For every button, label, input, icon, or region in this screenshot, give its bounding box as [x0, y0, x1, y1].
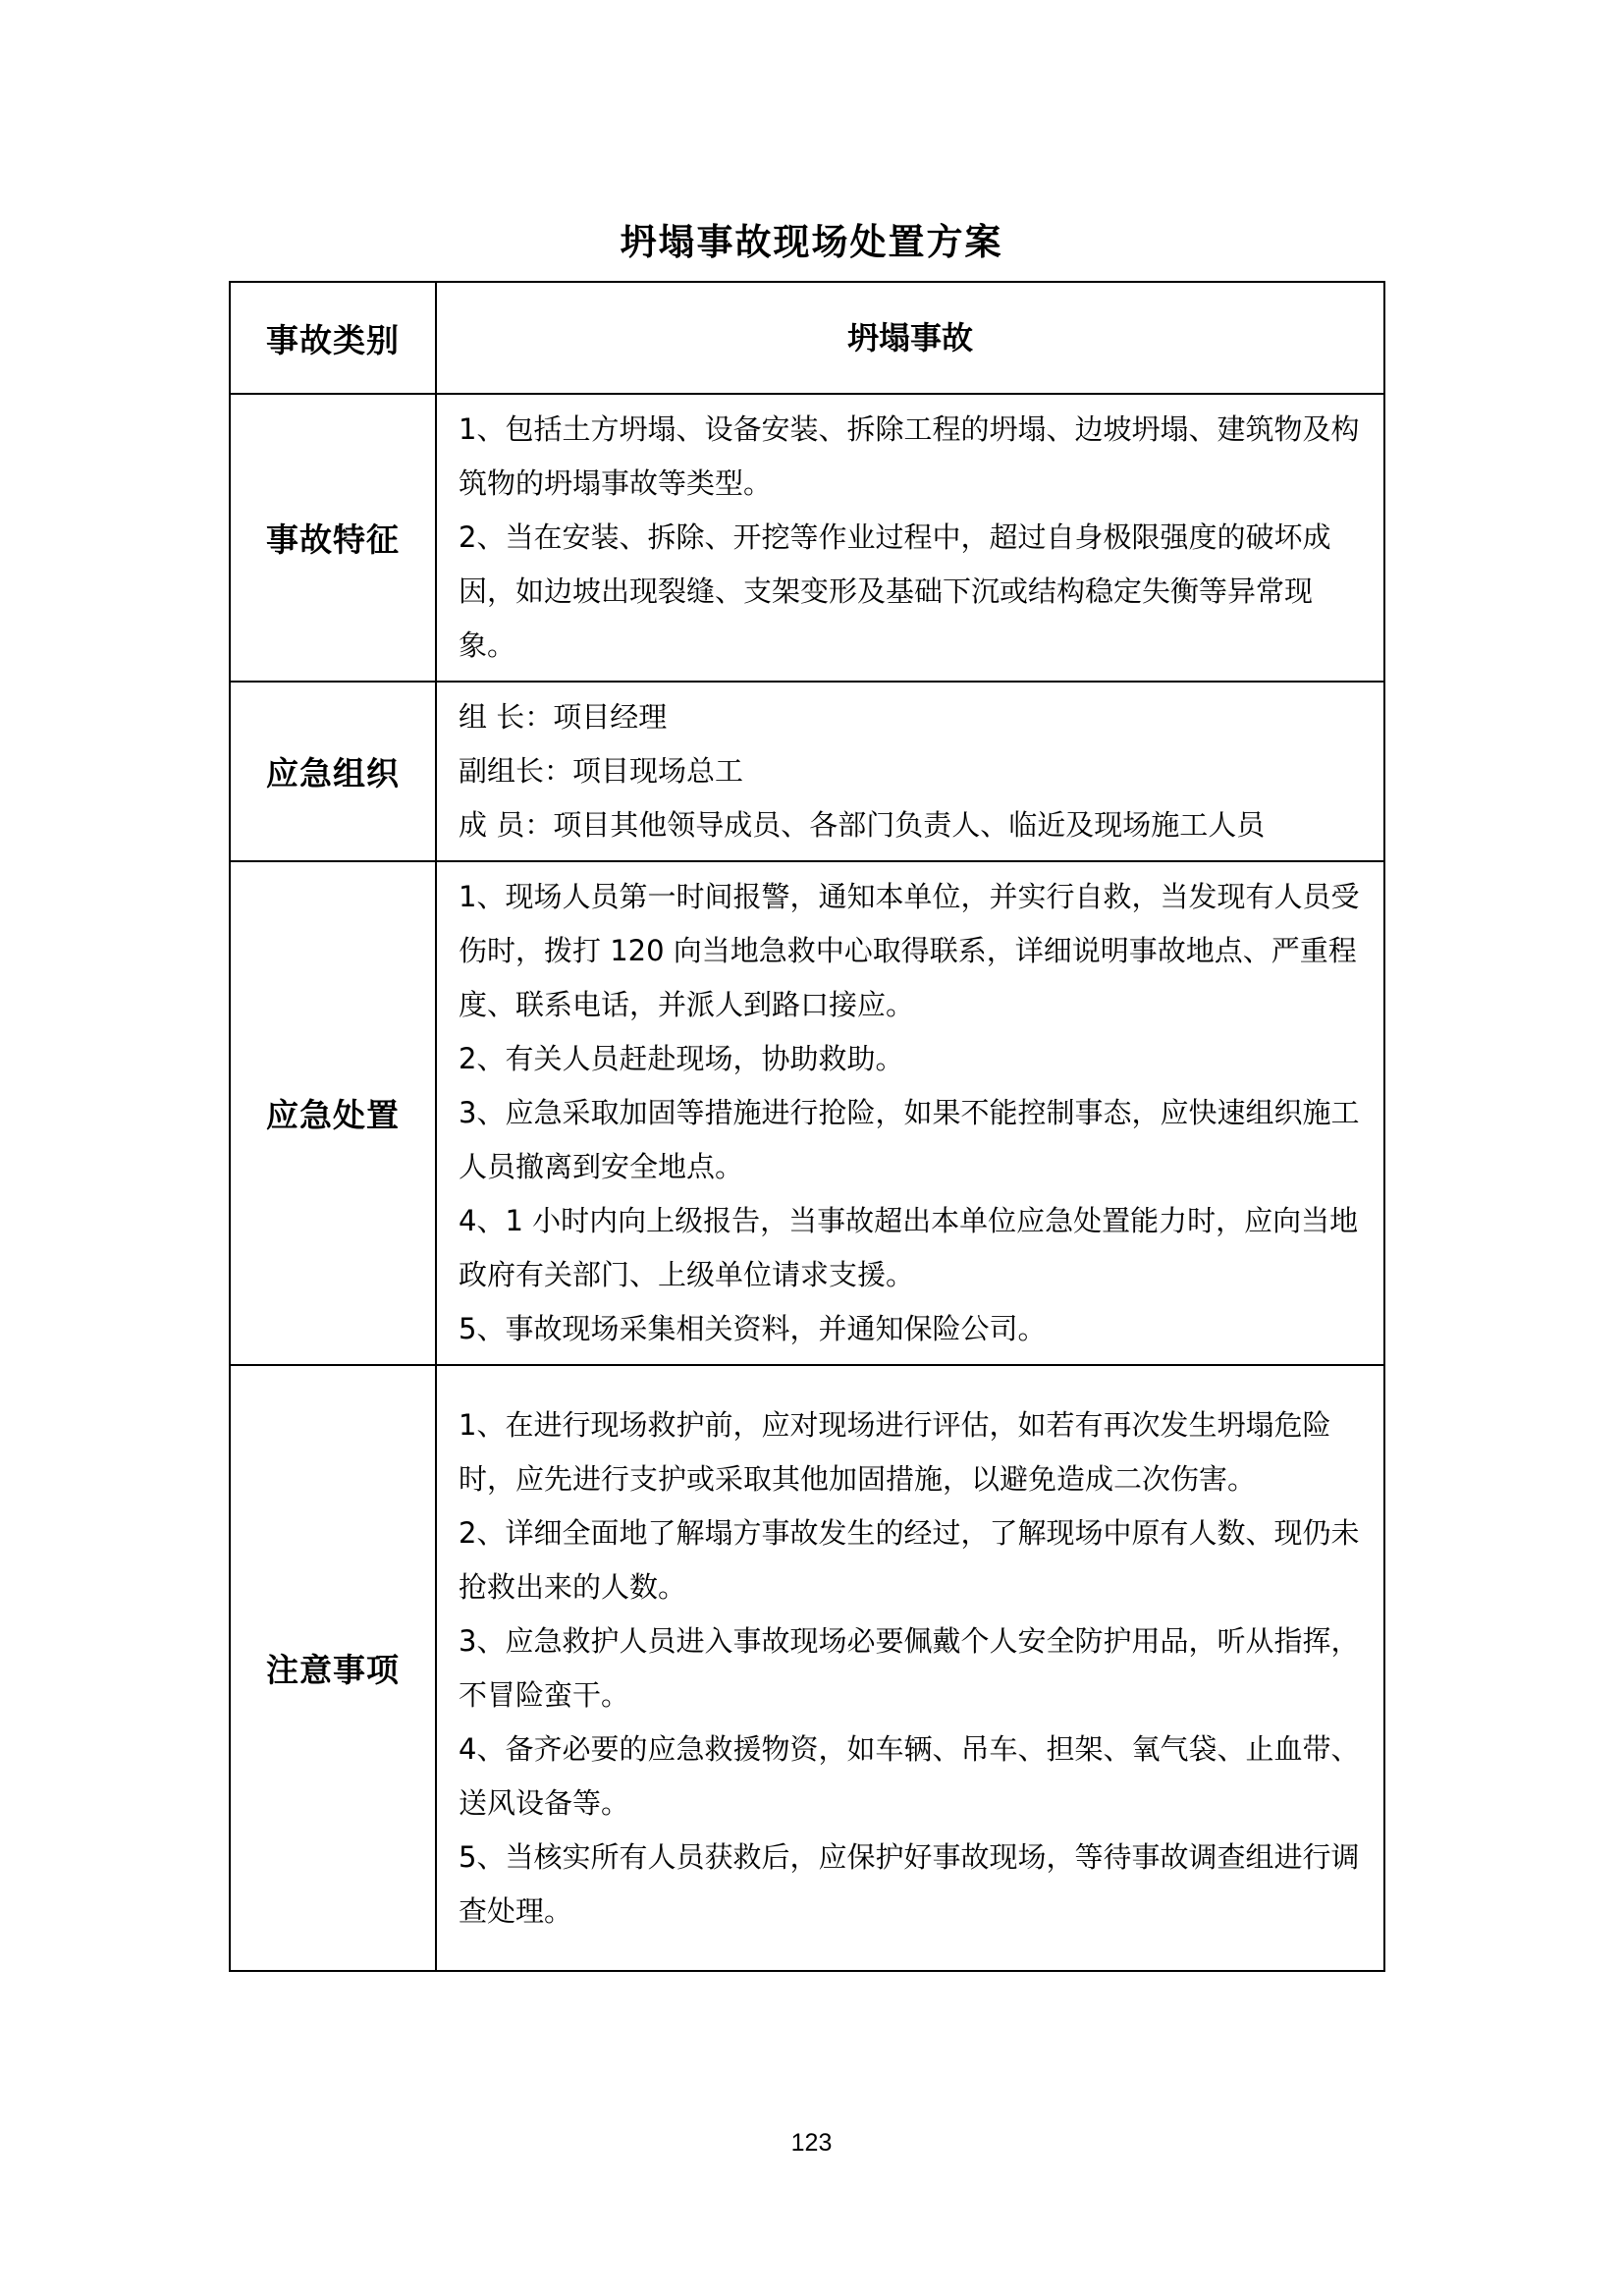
row-content: 坍塌事故: [436, 282, 1384, 394]
paragraph: 成 员：项目其他领导成员、各部门负责人、临近及现场施工人员: [459, 798, 1362, 852]
page-number: 123: [0, 2129, 1623, 2158]
paragraph: 5、当核实所有人员获救后，应保护好事故现场，等待事故调查组进行调查处理。: [459, 1831, 1362, 1939]
emergency-plan-table: 事故类别坍塌事故事故特征1、包括土方坍塌、设备安装、拆除工程的坍塌、边坡坍塌、建…: [229, 281, 1385, 1972]
paragraph: 1、在进行现场救护前，应对现场进行评估，如若有再次发生坍塌危险时，应先进行支护或…: [459, 1398, 1362, 1506]
paragraph: 2、当在安装、拆除、开挖等作业过程中，超过自身极限强度的破坏成因，如边坡出现裂缝…: [459, 511, 1362, 673]
row-content: 1、包括土方坍塌、设备安装、拆除工程的坍塌、边坡坍塌、建筑物及构筑物的坍塌事故等…: [436, 394, 1384, 682]
row-label: 注意事项: [230, 1365, 436, 1971]
paragraph: 3、应急救护人员进入事故现场必要佩戴个人安全防护用品，听从指挥，不冒险蛮干。: [459, 1614, 1362, 1722]
table-row: 应急处置1、现场人员第一时间报警，通知本单位，并实行自救，当发现有人员受伤时，拨…: [230, 861, 1384, 1365]
row-content: 1、现场人员第一时间报警，通知本单位，并实行自救，当发现有人员受伤时，拨打 12…: [436, 861, 1384, 1365]
paragraph: 1、现场人员第一时间报警，通知本单位，并实行自救，当发现有人员受伤时，拨打 12…: [459, 870, 1362, 1032]
paragraph: 2、有关人员赶赴现场，协助救助。: [459, 1032, 1362, 1086]
paragraph: 2、详细全面地了解塌方事故发生的经过，了解现场中原有人数、现仍未抢救出来的人数。: [459, 1506, 1362, 1614]
row-label: 事故类别: [230, 282, 436, 394]
table-row: 应急组织组 长：项目经理副组长：项目现场总工成 员：项目其他领导成员、各部门负责…: [230, 682, 1384, 861]
paragraph: 3、应急采取加固等措施进行抢险，如果不能控制事态，应快速组织施工人员撤离到安全地…: [459, 1086, 1362, 1194]
paragraph: 副组长：项目现场总工: [459, 744, 1362, 798]
document-title: 坍塌事故现场处置方案: [0, 212, 1623, 265]
document-page: 坍塌事故现场处置方案 事故类别坍塌事故事故特征1、包括土方坍塌、设备安装、拆除工…: [0, 0, 1623, 2296]
row-label: 应急处置: [230, 861, 436, 1365]
paragraph: 5、事故现场采集相关资料，并通知保险公司。: [459, 1302, 1362, 1356]
paragraph: 坍塌事故: [459, 311, 1362, 365]
paragraph: 1、包括土方坍塌、设备安装、拆除工程的坍塌、边坡坍塌、建筑物及构筑物的坍塌事故等…: [459, 403, 1362, 511]
row-label: 应急组织: [230, 682, 436, 861]
row-label: 事故特征: [230, 394, 436, 682]
row-content: 1、在进行现场救护前，应对现场进行评估，如若有再次发生坍塌危险时，应先进行支护或…: [436, 1365, 1384, 1971]
paragraph: 4、备齐必要的应急救援物资，如车辆、吊车、担架、氧气袋、止血带、送风设备等。: [459, 1722, 1362, 1831]
paragraph: 组 长：项目经理: [459, 690, 1362, 744]
paragraph: 4、1 小时内向上级报告，当事故超出本单位应急处置能力时，应向当地政府有关部门、…: [459, 1194, 1362, 1302]
table-row: 事故类别坍塌事故: [230, 282, 1384, 394]
row-content: 组 长：项目经理副组长：项目现场总工成 员：项目其他领导成员、各部门负责人、临近…: [436, 682, 1384, 861]
table-row: 注意事项1、在进行现场救护前，应对现场进行评估，如若有再次发生坍塌危险时，应先进…: [230, 1365, 1384, 1971]
table-row: 事故特征1、包括土方坍塌、设备安装、拆除工程的坍塌、边坡坍塌、建筑物及构筑物的坍…: [230, 394, 1384, 682]
